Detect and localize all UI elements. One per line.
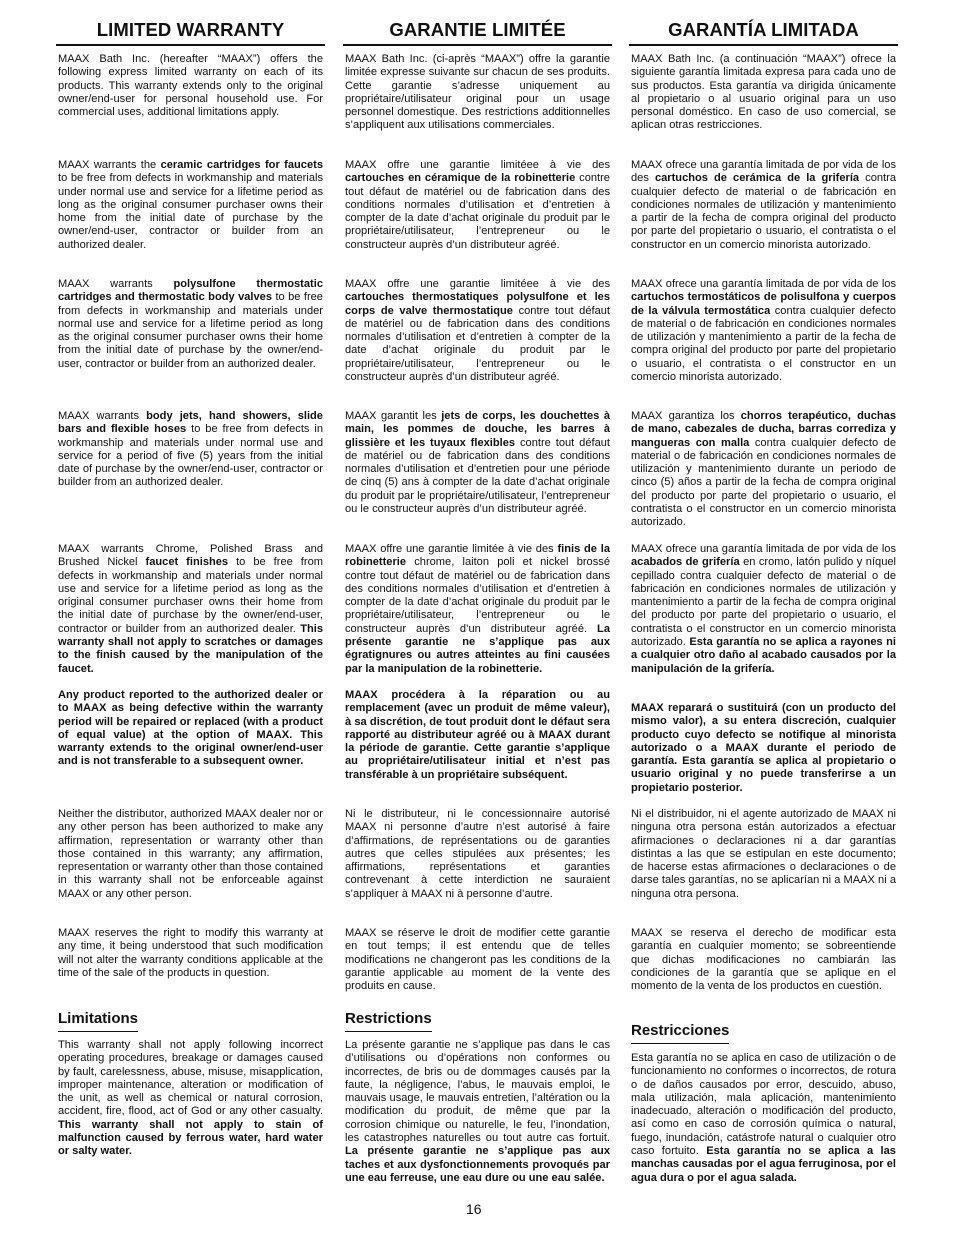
paragraph-intro: MAAX Bath Inc. (a continuación “MAAX”) o… [631, 53, 896, 133]
paragraph-ceramic-cartridges: MAAX ofrece una garantía limitada de por… [631, 159, 896, 252]
paragraph-body-jets: MAAX garantiza los chorros terapéutico, … [631, 410, 896, 530]
column-english: LIMITED WARRANTY MAAX Bath Inc. (hereaft… [58, 18, 323, 46]
paragraph-faucet-finishes: MAAX offre une garantie limitée à vie de… [345, 543, 610, 676]
section-title-garantia-limitada: GARANTÍA LIMITADA [629, 18, 898, 46]
page-number: 16 [466, 1201, 482, 1217]
paragraph-no-other-warranty: Ni el distribuidor, ni el agente autoriz… [631, 808, 896, 901]
paragraph-repair-replace: MAAX reparará o sustituirá (con un produ… [631, 702, 896, 795]
paragraph-faucet-finishes: MAAX ofrece una garantía limitada de por… [631, 543, 896, 676]
paragraph-ceramic-cartridges: MAAX warrants the ceramic cartridges for… [58, 159, 323, 252]
column-spanish: GARANTÍA LIMITADA MAAX Bath Inc. (a cont… [631, 18, 896, 46]
paragraph-body-jets: MAAX garantit les jets de corps, les dou… [345, 410, 610, 516]
section-title-limited-warranty: LIMITED WARRANTY [56, 18, 325, 46]
subsection-title-limitations: Limitations [58, 1010, 138, 1032]
paragraph-no-other-warranty: Ni le distributeur, ni le concessionnair… [345, 808, 610, 901]
paragraph-no-other-warranty: Neither the distributor, authorized MAAX… [58, 808, 323, 901]
paragraph-modify-right: MAAX reserves the right to modify this w… [58, 927, 323, 980]
paragraph-modify-right: MAAX se reserva el derecho de modificar … [631, 927, 896, 993]
paragraph-intro: MAAX Bath Inc. (hereafter “MAAX”) offers… [58, 53, 323, 119]
paragraph-thermostatic-cartridges: MAAX ofrece una garantía limitada de por… [631, 278, 896, 384]
paragraph-restricciones: Esta garantía no se aplica en caso de ut… [631, 1052, 896, 1185]
paragraph-repair-replace: MAAX procédera à la réparation ou au rem… [345, 689, 610, 782]
paragraph-repair-replace: Any product reported to the authorized d… [58, 689, 323, 769]
paragraph-limitations: This warranty shall not apply following … [58, 1039, 323, 1159]
paragraph-thermostatic-cartridges: MAAX warrants polysulfone thermostatic c… [58, 278, 323, 371]
subsection-title-restricciones: Restricciones [631, 1022, 729, 1044]
section-title-garantie-limitee: GARANTIE LIMITÉE [343, 18, 612, 46]
paragraph-body-jets: MAAX warrants body jets, hand showers, s… [58, 410, 323, 490]
paragraph-restrictions: La présente garantie ne s’applique pas d… [345, 1039, 610, 1185]
paragraph-ceramic-cartridges: MAAX offre une garantie limitéee à vie d… [345, 159, 610, 252]
paragraph-faucet-finishes: MAAX warrants Chrome, Polished Brass and… [58, 543, 323, 676]
subsection-title-restrictions: Restrictions [345, 1010, 432, 1032]
paragraph-modify-right: MAAX se réserve le droit de modifier cet… [345, 927, 610, 993]
paragraph-thermostatic-cartridges: MAAX offre une garantie limitéee à vie d… [345, 278, 610, 384]
paragraph-intro: MAAX Bath Inc. (ci-après “MAAX”) offre l… [345, 53, 610, 133]
column-french: GARANTIE LIMITÉE MAAX Bath Inc. (ci-aprè… [345, 18, 610, 46]
